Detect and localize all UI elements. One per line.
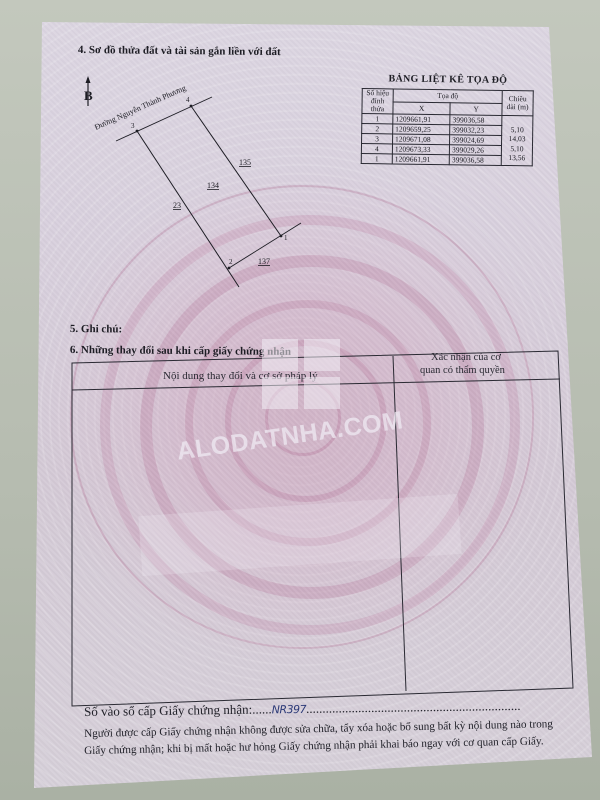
column-header-authority-line2: quan có thẩm quyền	[420, 365, 505, 376]
section-6-title: 6. Những thay đổi sau khi cấp giấy chứng…	[70, 344, 291, 358]
lengths-cell: 5,10 14,03 5,10 13,56	[501, 115, 533, 165]
registry-dots-left: ......	[252, 701, 272, 716]
header-length: Chiều dài (m)	[502, 90, 533, 115]
header-x: X	[393, 101, 450, 114]
parcel-side-4-1	[191, 106, 281, 236]
vertex-label-4: 4	[186, 96, 190, 104]
road-boundary-line	[116, 97, 212, 141]
photo-background: 4. Sơ đồ thửa đất và tài sản gắn liền vớ…	[0, 0, 600, 800]
header-y: Y	[450, 102, 502, 115]
vertex-label-3: 3	[131, 122, 135, 130]
neighbor-plot-137: 137	[258, 257, 270, 266]
vertex-label-1: 1	[284, 234, 288, 242]
watermark-logo-icon	[262, 339, 342, 411]
road-name-label: Đường Nguyễn Thành Phương	[93, 83, 187, 131]
column-header-authority-line1: Xác nhận của cơ	[431, 352, 501, 363]
registry-dots-right: ........................................…	[306, 698, 521, 716]
registry-label: Số vào sổ cấp Giấy chứng nhận:	[84, 702, 252, 719]
north-letter: B	[84, 88, 93, 103]
coordinate-table: Số hiệu đỉnh thửa Tọa độ Chiều dài (m) X…	[361, 88, 534, 166]
registry-value: NR397	[272, 703, 307, 716]
neighbor-plot-135: 135	[239, 158, 251, 167]
plot-number-main: 134	[207, 181, 219, 190]
section-5-title: 5. Ghi chú:	[70, 323, 122, 335]
coordinate-table-title: BẢNG LIỆT KÊ TỌA ĐỘ	[362, 73, 534, 86]
vertex-label-2: 2	[229, 258, 233, 266]
coordinate-table-block: BẢNG LIỆT KÊ TỌA ĐỘ Số hiệu đỉnh thửa Tọ…	[361, 73, 534, 166]
header-point-id: Số hiệu đỉnh thửa	[362, 89, 393, 114]
north-arrow-icon: B	[84, 76, 93, 106]
neighbor-plot-23: 23	[173, 201, 181, 210]
parcel-side-3-2	[137, 131, 239, 287]
